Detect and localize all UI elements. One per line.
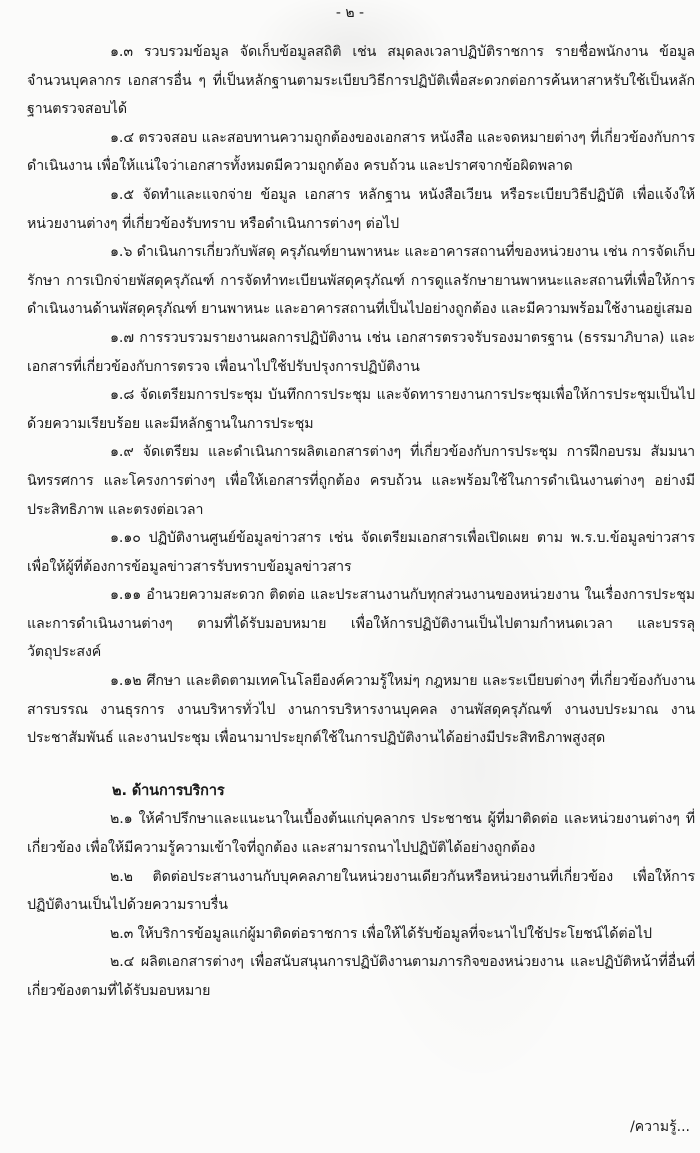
item-2-3: ๒.๓ ให้บริการข้อมูลแก่ผู้มาติดต่อราชการ … — [27, 920, 695, 949]
page-number: - ๒ - — [0, 2, 700, 24]
item-1-7: ๑.๗ การรวบรวมรายงานผลการปฏิบัติงาน เช่น … — [27, 324, 695, 381]
item-1-10: ๑.๑๐ ปฏิบัติงานศูนย์ข้อมูลข่าวสาร เช่น จ… — [27, 524, 695, 581]
item-1-8: ๑.๘ จัดเตรียมการประชุม บันทึกการประชุม แ… — [27, 381, 695, 438]
item-1-3: ๑.๓ รวบรวมข้อมูล จัดเก็บข้อมูลสถิติ เช่น… — [27, 38, 695, 124]
item-1-4: ๑.๔ ตรวจสอบ และสอบทานความถูกต้องของเอกสา… — [27, 124, 695, 181]
item-2-2: ๒.๒ ติดต่อประสานงานกับบุคคลภายในหน่วยงาน… — [27, 863, 695, 920]
item-1-5: ๑.๕ จัดทำและแจกจ่าย ข้อมูล เอกสาร หลักฐา… — [27, 181, 695, 238]
item-1-12: ๑.๑๒ ศึกษา และติดตามเทคโนโลยีองค์ความรู้… — [27, 667, 695, 753]
document-body: ๑.๓ รวบรวมข้อมูล จัดเก็บข้อมูลสถิติ เช่น… — [27, 38, 695, 1006]
section-spacer — [27, 753, 695, 767]
item-2-4: ๒.๔ ผลิตเอกสารต่างๆ เพื่อสนับสนุนการปฏิบ… — [27, 948, 695, 1005]
item-1-6: ๑.๖ ดำเนินการเกี่ยวกับพัสดุ ครุภัณฑ์ยานพ… — [27, 238, 695, 324]
item-1-9: ๑.๙ จัดเตรียม และดำเนินการผลิตเอกสารต่าง… — [27, 438, 695, 524]
continuation-marker: /ความรู้... — [630, 1116, 690, 1138]
item-2-1: ๒.๑ ให้คำปรึกษาและแนะนาในเบื้องต้นแก่บุค… — [27, 805, 695, 862]
item-1-11: ๑.๑๑ อำนวยความสะดวก ติดต่อ และประสานงานก… — [27, 581, 695, 667]
section-2-heading: ๒. ด้านการบริการ — [27, 777, 695, 806]
